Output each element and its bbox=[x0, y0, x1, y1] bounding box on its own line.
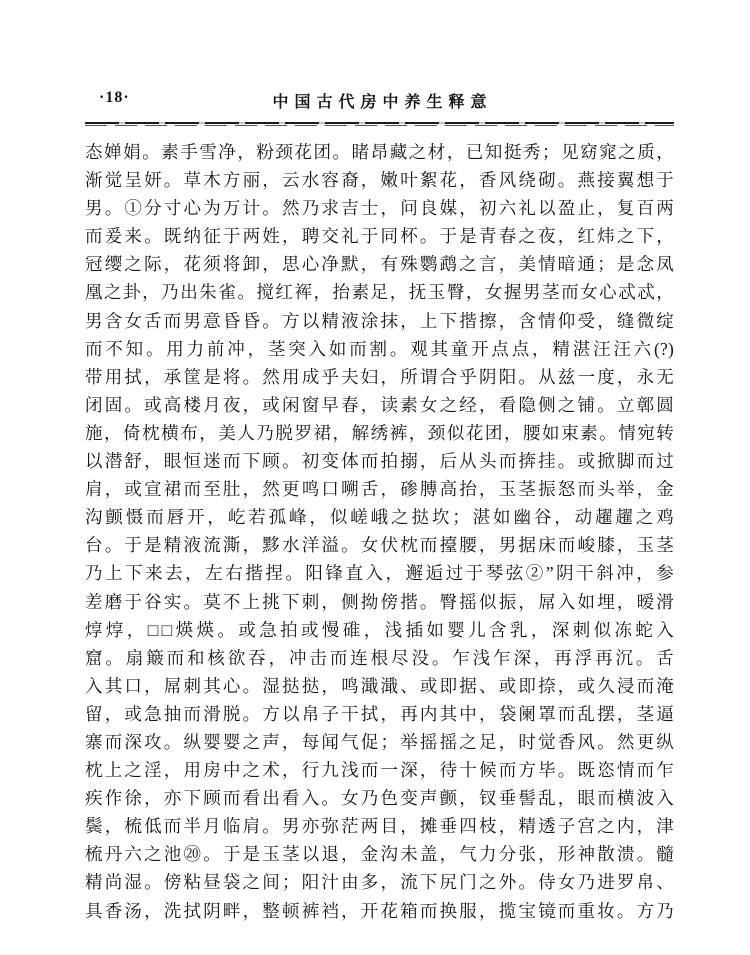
text-line: 梳丹六之池⑳。于是玉茎以退，金沟未盖，气力分张，形神散溃。髓 bbox=[85, 840, 674, 868]
running-title: 中国古代房中养生释意 bbox=[85, 89, 674, 112]
text-line: 入其口，屌刺其心。湿挞挞，鸣濈濈、或即据、或即捺，或久浸而淹 bbox=[85, 672, 674, 700]
text-line: 凰之卦，乃出朱雀。搅红裈，抬素足，抚玉臀，女握男茎而女心忒忒， bbox=[85, 278, 674, 306]
text-line: 以潜舒，眼恒迷而下顾。初变体而拍搦，后从头而捹挂。或掀脚而过 bbox=[85, 447, 674, 475]
body-text: 态婵娟。素手雪净，粉颈花团。睹昂藏之材，已知挺秀；见窈窕之质，渐觉呈妍。草木方丽… bbox=[85, 138, 674, 925]
text-line: 差磨于谷实。莫不上挑下刺，侧拗傍揩。臀摇似振，屌入如埋，暧滑 bbox=[85, 588, 674, 616]
text-line: 沟颤慑而唇开，屹若孤峰，似嵯峨之挞坎；湛如幽谷，动趯趯之鸡 bbox=[85, 503, 674, 531]
text-line: 态婵娟。素手雪净，粉颈花团。睹昂藏之材，已知挺秀；见窈窕之质， bbox=[85, 138, 674, 166]
text-line: 施，倚枕横布，美人乃脱罗裙，解绣裤，颈似花团，腰如束素。情宛转 bbox=[85, 419, 674, 447]
text-line: 窟。扇簸而和核欲吞，冲击而连根尽没。乍浅乍深，再浮再沉。舌 bbox=[85, 644, 674, 672]
text-line: 肩，或宣裙而至肚，然更鸣口嗍舌，碜膊高抬，玉茎振怒而头举，金 bbox=[85, 475, 674, 503]
text-line: 渐觉呈妍。草木方丽，云水容裔，嫩叶絮花，香风绕砌。燕接翼想于 bbox=[85, 166, 674, 194]
text-line: 乃上下来去，左右揩捏。阳锋直入，邂逅过于琴弦②”阴干斜冲，参 bbox=[85, 559, 674, 587]
text-line: 男含女舌而男意昏昏。方以精液涂抹，上下揩擦，含情仰受，缝微绽 bbox=[85, 307, 674, 335]
scanned-book-page: { "header": { "page_number": "\u00b718\u… bbox=[0, 0, 750, 955]
text-line: 鬓，梳低而半月临肩。男亦弥茫两目，摊垂四枝，精透子宫之内，津 bbox=[85, 812, 674, 840]
text-line: 留，或急抽而滑脱。方以帛子干拭，再内其中，袋阑罩而乱摆，茎逼 bbox=[85, 700, 674, 728]
text-line: 疾作徐，亦下顾而看出看入。女乃色变声颤，钗垂髻乱，眼而横波入 bbox=[85, 784, 674, 812]
text-line: 而不知。用力前冲，茎突入如而割。观其童开点点，精湛汪汪六(?) bbox=[85, 335, 674, 363]
page-header: ·18· 中国古代房中养生释意 bbox=[85, 89, 674, 115]
text-line: 而爰来。既纳征于两姓，聘交礼于同杯。于是青春之夜，红炜之下， bbox=[85, 222, 674, 250]
text-line: 台。于是精液流澌，黟水洋溢。女伏枕而擡腰，男据床而峻膝，玉茎 bbox=[85, 531, 674, 559]
text-line: 枕上之淫，用房中之术，行九浅而一深，待十候而方毕。既恣情而乍 bbox=[85, 756, 674, 784]
text-line: 精尚湿。傍粘昼袋之间；阳汁由多，流下尻门之外。侍女乃进罗帛、 bbox=[85, 868, 674, 896]
text-line: 寨而深攻。纵婴婴之声，每闻气促；举摇摇之足，时觉香风。然更纵 bbox=[85, 728, 674, 756]
header-rule-line-bottom bbox=[85, 125, 674, 126]
text-line: 带用拭，承筐是将。然用成乎夫妇，所谓合乎阴阳。从兹一度，永无 bbox=[85, 363, 674, 391]
text-line: 男。①分寸心为万计。然乃求吉士，问良媒，初六礼以盈止，复百两 bbox=[85, 194, 674, 222]
header-rule bbox=[85, 122, 674, 127]
text-line: 焞焞，□□煐煐。或急拍或慢碓，浅插如婴儿含乳，深刺似冻蛇入 bbox=[85, 616, 674, 644]
text-line: 闭固。或高楼月夜，或闲窗早春，读素女之经，看隐侧之铺。立鄣圆 bbox=[85, 391, 674, 419]
text-line: 具香汤，洗拭阴畔，整顿裤裆，开花箱而换服，揽宝镜而重妆。方乃 bbox=[85, 897, 674, 925]
header-rule-line-top bbox=[85, 122, 674, 124]
text-line: 冠缨之际，花须将卸，思心净默，有殊鹦鹉之言，美情暗通；是念凤 bbox=[85, 250, 674, 278]
